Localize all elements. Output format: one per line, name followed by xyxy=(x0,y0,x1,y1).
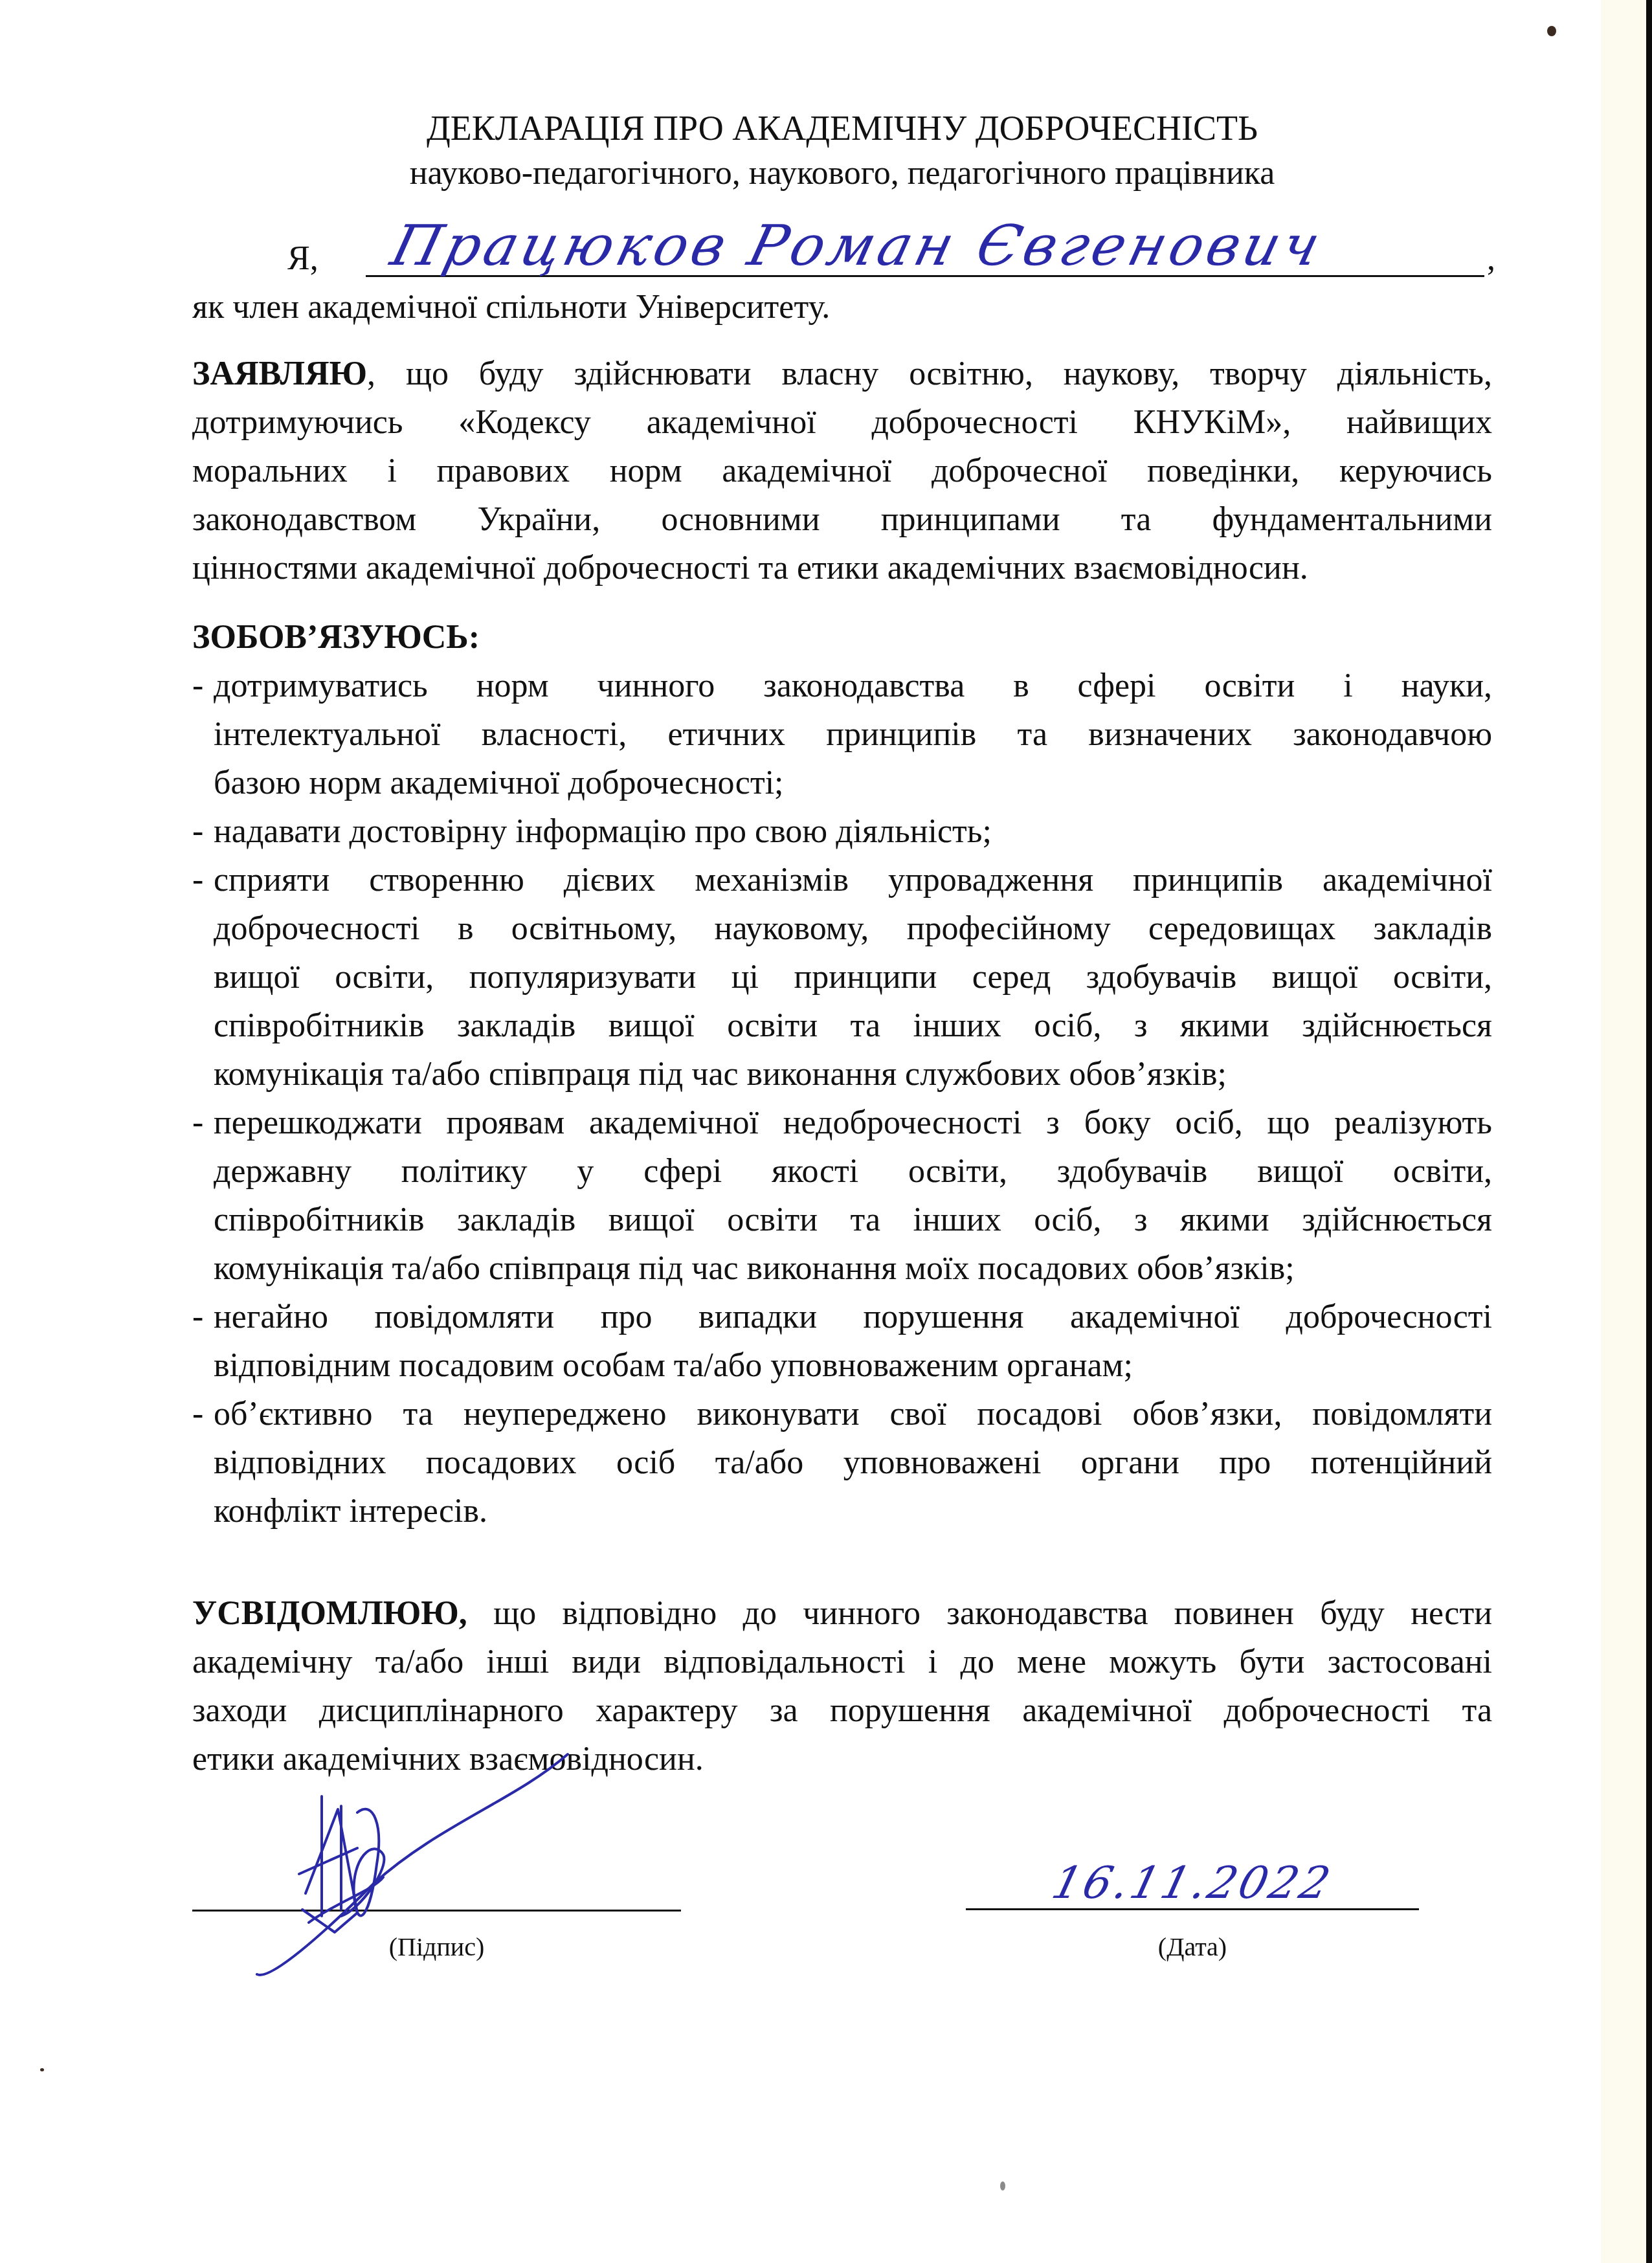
commit-item-6-line-1: об’єктивно та неупереджено виконувати св… xyxy=(214,1395,1492,1434)
date-label: (Дата) xyxy=(966,1932,1419,1962)
commit-item-1-line-3: базою норм академічної доброчесності; xyxy=(214,764,1492,803)
handwritten-name: Працюков Роман Євгенович xyxy=(385,214,1469,278)
bullet-dash: - xyxy=(192,812,203,851)
document-title: ДЕКЛАРАЦІЯ ПРО АКАДЕМІЧНУ ДОБРОЧЕСНІСТЬ xyxy=(192,109,1492,148)
commit-item-4-line-1: перешкоджати проявам академічної недобро… xyxy=(214,1104,1492,1143)
commit-item-3-line-1: сприяти створенню дієвих механізмів упро… xyxy=(214,861,1492,900)
declare-line-2: дотримуючись «Кодексу академічної доброч… xyxy=(192,403,1492,442)
commit-item-3-line-4: співробітників закладів вищої освіти та … xyxy=(214,1007,1492,1045)
aware-line-4: етики академічних взаємовідносин. xyxy=(192,1740,1492,1779)
declare-line-4: законодавством України, основними принци… xyxy=(192,500,1492,539)
commit-item-1-line-1: дотримуватись норм чинного законодавства… xyxy=(214,667,1492,706)
commit-item-3-line-5: комунікація та/або співпраця під час вик… xyxy=(214,1055,1492,1094)
scan-edge-cream xyxy=(1601,0,1646,2263)
bullet-dash: - xyxy=(192,667,203,706)
aware-heading: УСВІДОМЛЮЮ, xyxy=(192,1595,467,1632)
commit-item-6-line-3: конфлікт інтересів. xyxy=(214,1492,1492,1531)
intro-continuation: як член академічної спільноти Університе… xyxy=(192,288,1492,327)
commit-item-3-line-3: вищої освіти, популяризувати ці принципи… xyxy=(214,958,1492,997)
intro-suffix: , xyxy=(1487,240,1495,278)
commit-item-2-line-1: надавати достовірну інформацію про свою … xyxy=(214,812,1492,851)
commit-item-4-line-3: співробітників закладів вищої освіти та … xyxy=(214,1201,1492,1240)
bullet-dash: - xyxy=(192,1395,203,1434)
declare-line-5: цінностями академічної доброчесності та … xyxy=(192,549,1492,588)
commit-heading: ЗОБОВ’ЯЗУЮСЬ: xyxy=(192,618,1492,657)
scan-edge-border xyxy=(1646,0,1652,2263)
commit-item-6-line-2: відповідних посадових осіб та/або уповно… xyxy=(214,1444,1492,1482)
declare-line-3: моральних і правових норм академічної до… xyxy=(192,452,1492,491)
commit-item-5-line-1: негайно повідомляти про випадки порушенн… xyxy=(214,1298,1492,1337)
bullet-dash: - xyxy=(192,1104,203,1143)
signature-label: (Підпис) xyxy=(192,1932,681,1962)
aware-line-3: заходи дисциплінарного характеру за пору… xyxy=(192,1691,1492,1730)
aware-line-2: академічну та/або інші види відповідальн… xyxy=(192,1643,1492,1682)
handwritten-date: 16.11.2022 xyxy=(1047,1858,1396,1910)
scan-speck xyxy=(1547,26,1556,36)
commit-item-4-line-4: комунікація та/або співпраця під час вик… xyxy=(214,1249,1492,1288)
commit-item-3-line-2: доброчесності в освітньому, науковому, п… xyxy=(214,909,1492,948)
bullet-dash: - xyxy=(192,1298,203,1337)
commit-item-1-line-2: інтелектуальної власності, етичних принц… xyxy=(214,715,1492,754)
intro-prefix: Я, xyxy=(287,240,318,278)
scan-speck xyxy=(1000,2181,1005,2191)
scan-speck xyxy=(40,2068,44,2071)
declare-heading: ЗАЯВЛЯЮ xyxy=(192,355,367,392)
aware-line-1: УСВІДОМЛЮЮ, що відповідно до чинного зак… xyxy=(192,1594,1492,1633)
document-subtitle: науково-педагогічного, наукового, педаго… xyxy=(192,154,1492,193)
commit-item-5-line-2: відповідним посадовим особам та/або упов… xyxy=(214,1346,1492,1385)
commit-item-4-line-2: державну політику у сфері якості освіти,… xyxy=(214,1152,1492,1191)
bullet-dash: - xyxy=(192,861,203,900)
declare-line-1: ЗАЯВЛЯЮ, що буду здійснювати власну осві… xyxy=(192,355,1492,394)
